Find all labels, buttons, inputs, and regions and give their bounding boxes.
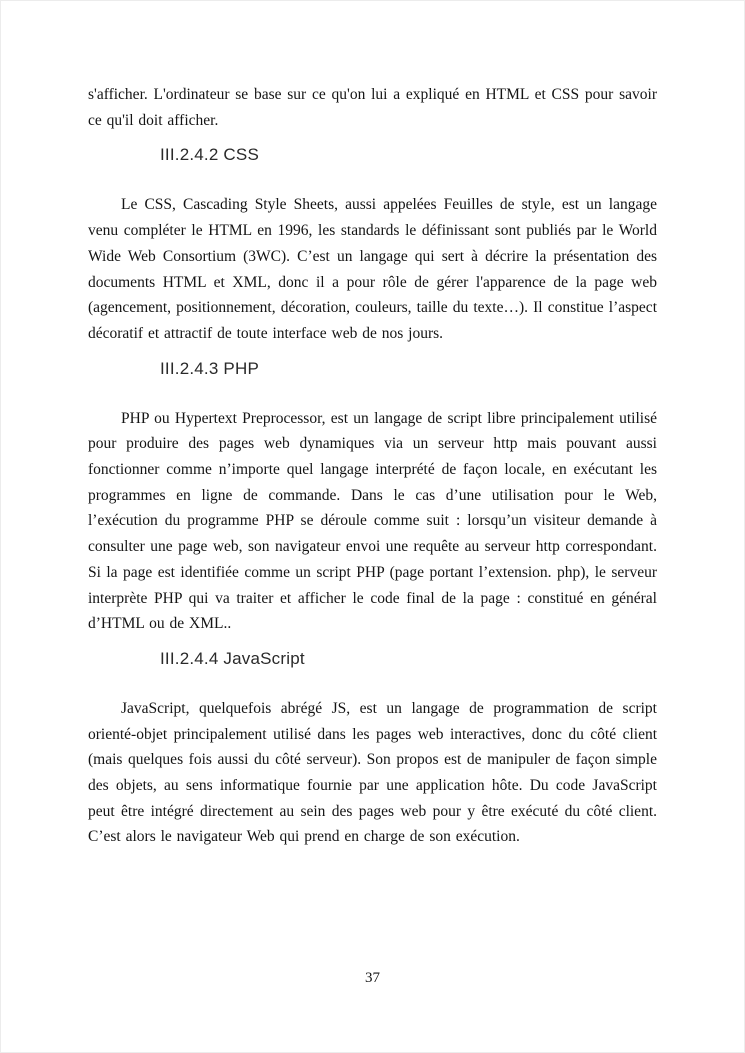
heading-css: III.2.4.2 CSS <box>160 145 657 165</box>
intro-paragraph: s'afficher. L'ordinateur se base sur ce … <box>88 82 657 133</box>
paragraph-javascript: JavaScript, quelquefois abrégé JS, est u… <box>88 696 657 850</box>
heading-php: III.2.4.3 PHP <box>160 359 657 379</box>
page-number: 37 <box>0 968 745 988</box>
paragraph-php: PHP ou Hypertext Preprocessor, est un la… <box>88 406 657 637</box>
document-page: s'afficher. L'ordinateur se base sur ce … <box>0 0 745 1053</box>
heading-javascript: III.2.4.4 JavaScript <box>160 649 657 669</box>
page-content: s'afficher. L'ordinateur se base sur ce … <box>88 82 657 850</box>
paragraph-css: Le CSS, Cascading Style Sheets, aussi ap… <box>88 192 657 346</box>
